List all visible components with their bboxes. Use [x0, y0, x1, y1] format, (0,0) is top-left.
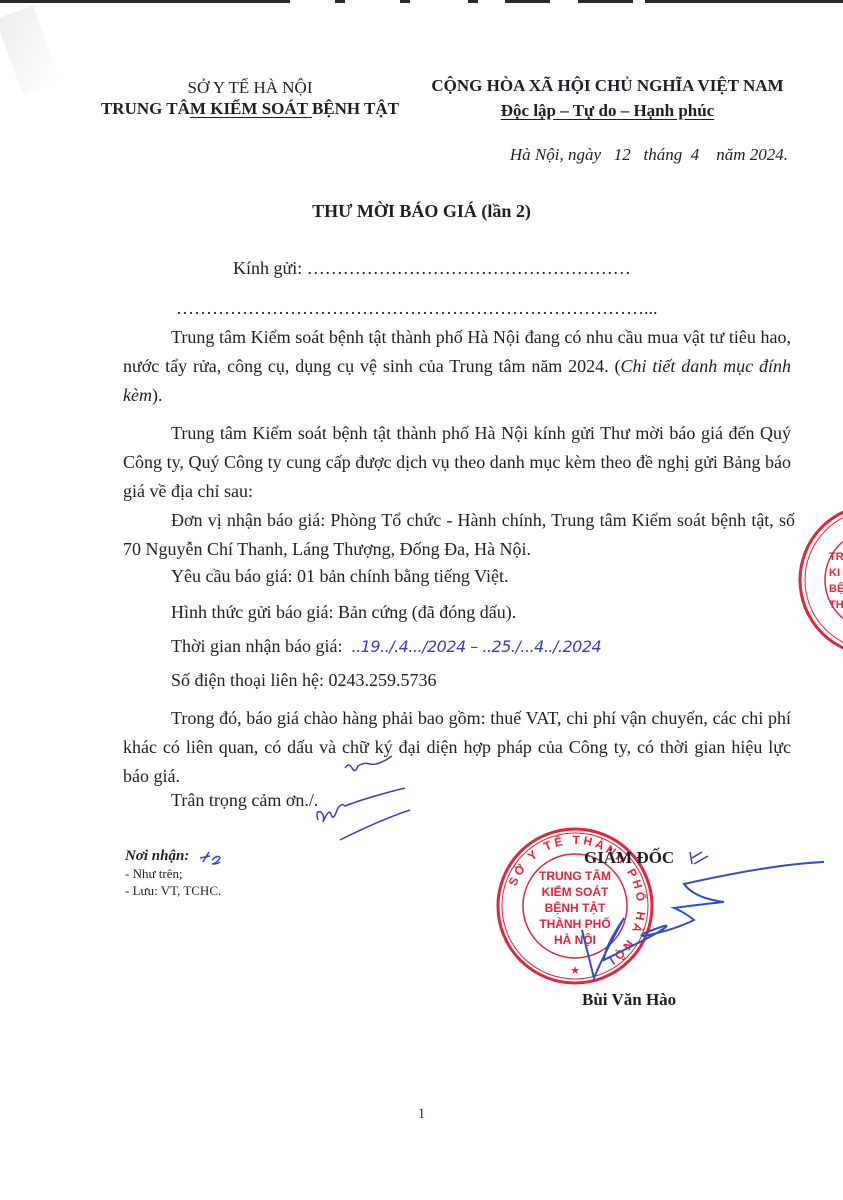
recipient-item: - Như trên; [125, 865, 221, 882]
paragraph-conditions: Trong đó, báo giá chào hàng phải bao gồm… [123, 704, 791, 791]
quote-time: Thời gian nhận báo giá: ..19../.4.../202… [171, 636, 601, 657]
svg-text:TR: TR [829, 551, 843, 563]
ministry-name: SỞ Y TẾ HÀ NỘI [90, 78, 410, 98]
quote-requirement: Yêu cầu báo giá: 01 bản chính bằng tiếng… [171, 566, 509, 587]
org-name-part: BỆNH TẬT [312, 99, 399, 118]
svg-text:HÀ NỘI: HÀ NỘI [554, 932, 596, 947]
signatory-name: Bùi Văn Hào [582, 990, 676, 1010]
national-title: CỘNG HÒA XÃ HỘI CHỦ NGHĨA VIỆT NAM [420, 76, 795, 96]
paragraph-request: Trung tâm Kiểm soát bệnh tật thành phố H… [123, 323, 791, 410]
signature-initial-icon [690, 852, 708, 864]
svg-text:KIỂM SOÁT: KIỂM SOÁT [542, 884, 609, 899]
ink-overlay: SỞ Y TẾ THÀNH PHỐ HÀ NỘI TRUNG TÂM KIỂM … [0, 0, 843, 1200]
edge-stamp-icon: TR KI BỆ TH [800, 505, 843, 655]
svg-text:BỆNH TẬT: BỆNH TẬT [545, 900, 606, 915]
svg-text:BỆ: BỆ [829, 582, 843, 595]
recipient-item: - Lưu: VT, TCHC. [125, 882, 221, 899]
org-name-part: TRUNG TÂ [101, 99, 190, 118]
svg-text:KI: KI [829, 567, 840, 579]
salutation: Kính gửi: ……………………………………………… [233, 258, 631, 279]
contact-phone: Số điện thoại liên hệ: 0243.259.5736 [171, 670, 436, 691]
closing-thanks: Trân trọng cảm ơn./. [171, 790, 318, 811]
motto-text: Độc lập – Tự do – Hạnh phúc [501, 101, 714, 120]
salutation-dots: ……………………………………………… [307, 258, 631, 278]
svg-text:TRUNG TÂM: TRUNG TÂM [539, 868, 611, 883]
recipients-block: Nơi nhận: - Như trên; - Lưu: VT, TCHC. [125, 848, 221, 899]
signatory-title: GIÁM ĐỐC [584, 848, 674, 868]
svg-text:THÀNH PHỐ: THÀNH PHỐ [539, 916, 610, 931]
org-name-underlined: M KIỂM SOÁT [190, 99, 312, 118]
salutation-dots-line: ……………………………………………………………………... [176, 298, 658, 319]
initial-signature-icon [317, 788, 410, 840]
paragraph-invitation: Trung tâm Kiểm soát bệnh tật thành phố H… [123, 419, 791, 506]
national-motto: Độc lập – Tự do – Hạnh phúc [420, 101, 795, 121]
quote-format: Hình thức gửi báo giá: Bản cứng (đã đóng… [171, 602, 516, 623]
organization-name: TRUNG TÂM KIỂM SOÁT BỆNH TẬT [90, 99, 410, 119]
quote-time-label: Thời gian nhận báo giá: [171, 636, 351, 656]
scan-artifact [0, 6, 60, 95]
scan-top-edge [0, 0, 843, 4]
director-signature-icon [582, 862, 824, 978]
handwritten-dates: ..19../.4.../2024 – ..25./...4../.2024 [351, 637, 601, 656]
paragraph-address: Đơn vị nhận báo giá: Phòng Tổ chức - Hàn… [123, 506, 795, 564]
document-title: THƯ MỜI BÁO GIÁ (lần 2) [0, 201, 843, 222]
salutation-label: Kính gửi: [233, 258, 307, 278]
recipients-label: Nơi nhận: [125, 848, 221, 865]
svg-text:★: ★ [570, 965, 580, 977]
paragraph-text: ). [152, 385, 163, 405]
date-line: Hà Nội, ngày 12 tháng 4 năm 2024. [510, 145, 788, 165]
page-number: 1 [0, 1106, 843, 1123]
svg-text:TH: TH [829, 599, 843, 611]
